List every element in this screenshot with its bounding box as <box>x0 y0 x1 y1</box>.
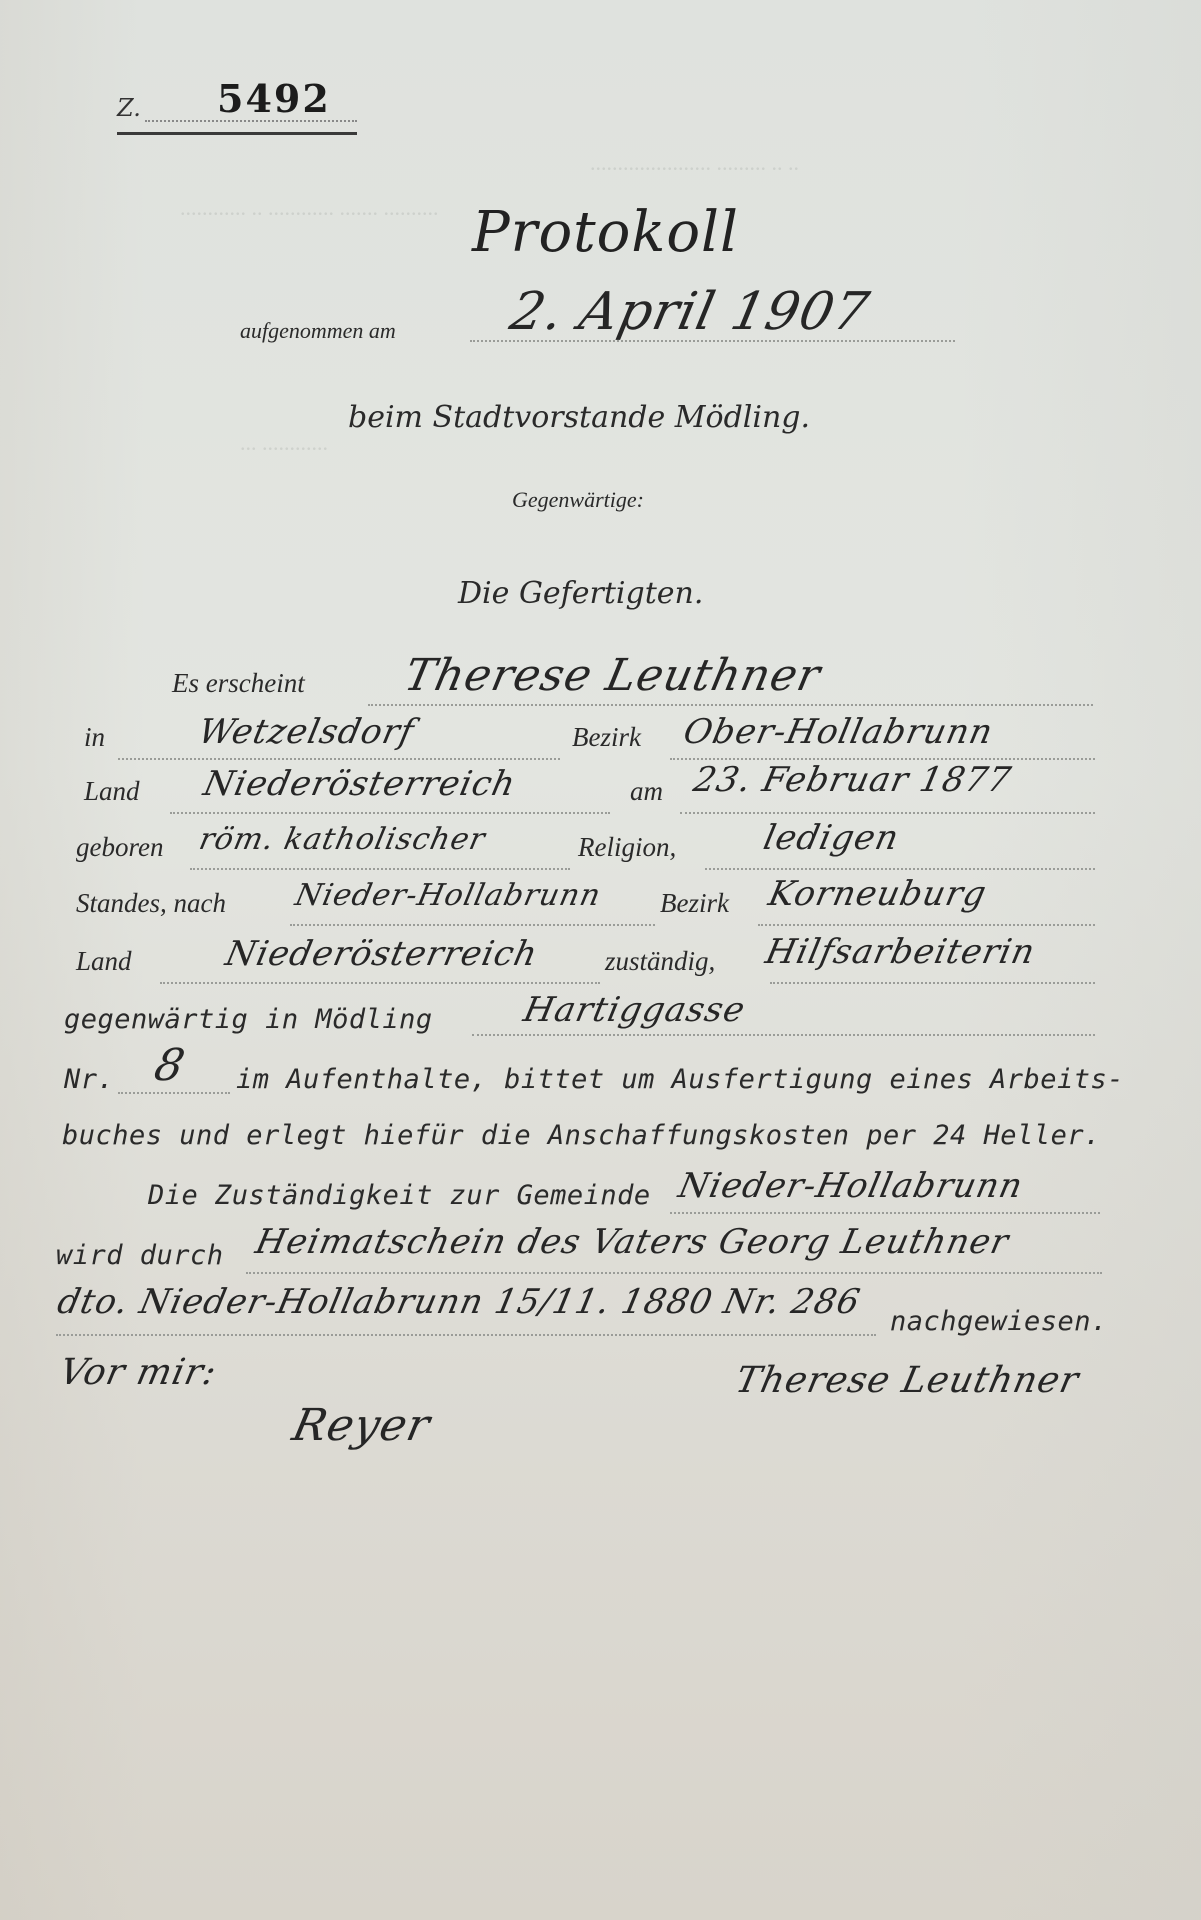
competent-label: zuständig, <box>605 946 715 977</box>
nr-dotted-line <box>118 1092 230 1094</box>
applicant-signature: Therese Leuthner <box>732 1360 1083 1401</box>
proof-value-line-2: dto. Nieder-Hollabrunn 15/11. 1880 Nr. 2… <box>54 1282 864 1322</box>
status-value: ledigen <box>760 818 903 858</box>
born-on-value: 23. Februar 1877 <box>690 760 1015 800</box>
land2-label: Land <box>76 946 132 977</box>
request-text-line-2: buches und erlegt hiefür die Anschaffung… <box>62 1120 1101 1151</box>
bleed-through-line: ...................... ......... .. .. <box>590 150 799 176</box>
appears-value: Therese Leuthner <box>400 650 825 701</box>
official-signature: Reyer <box>288 1400 435 1451</box>
reference-number-field: Z. 5492 <box>117 76 357 128</box>
street-dotted-line <box>472 1034 1095 1036</box>
status-dotted-line <box>705 868 1095 870</box>
municipality-dotted-line <box>670 1212 1100 1214</box>
request-text-line-1: im Aufenthalte, bittet um Ausfertigung e… <box>236 1064 1124 1095</box>
proven-by-label: wird durch <box>56 1240 224 1271</box>
religion-label: Religion, <box>578 832 676 863</box>
status-label: Standes, nach <box>76 888 226 919</box>
land1-value: Niederösterreich <box>200 764 520 804</box>
reference-dotted-line <box>145 120 357 122</box>
reference-underline <box>117 132 357 135</box>
domicile-dotted-line <box>290 924 655 926</box>
in-value: Wetzelsdorf <box>195 712 418 752</box>
proof-value-line-1: Heimatschein des Vaters Georg Leuthner <box>252 1222 1013 1262</box>
religion-dotted-line <box>190 868 570 870</box>
date-value: 2. April 1907 <box>505 282 875 342</box>
district1-value: Ober-Hollabrunn <box>680 712 997 752</box>
appears-dotted-line <box>368 704 1093 706</box>
document-page: ...................... ......... .. .. .… <box>0 0 1201 1920</box>
present-label: Gegenwärtige: <box>512 487 644 513</box>
born-label: geboren <box>76 832 163 863</box>
in-dotted-line <box>118 758 560 760</box>
occupation-value: Hilfsarbeiterin <box>762 932 1039 972</box>
authority-heading: beim Stadtvorstande Mödling. <box>348 400 810 435</box>
district2-dotted-line <box>758 924 1095 926</box>
date-label: aufgenommen am <box>240 318 396 344</box>
proof-dotted-line-2 <box>56 1334 876 1336</box>
born-on-dotted-line <box>680 812 1095 814</box>
domicile-value: Nieder-Hollabrunn <box>292 878 604 913</box>
official-signature-prefix: Vor mir: <box>56 1352 221 1393</box>
proof-dotted-line-1 <box>246 1272 1102 1274</box>
district2-value: Korneuburg <box>765 874 990 914</box>
nr-value: 8 <box>150 1040 190 1091</box>
district2-label: Bezirk <box>660 888 729 919</box>
land1-dotted-line <box>170 812 610 814</box>
proven-label: nachgewiesen. <box>890 1306 1108 1337</box>
district1-label: Bezirk <box>572 722 641 753</box>
reference-number: 5492 <box>217 76 331 121</box>
in-label: in <box>84 722 105 753</box>
reference-prefix: Z. <box>117 94 141 122</box>
bleed-through-line: ............ .. ............ ....... ...… <box>180 195 439 221</box>
current-residence-label: gegenwärtig in Mödling <box>64 1004 433 1035</box>
land2-dotted-line <box>160 982 600 984</box>
occupation-dotted-line <box>770 982 1095 984</box>
competence-label: Die Zuständigkeit zur Gemeinde <box>148 1180 651 1211</box>
municipality-value: Nieder-Hollabrunn <box>675 1166 1027 1206</box>
signatories-label: Die Gefertigten. <box>458 576 703 611</box>
street-value: Hartiggasse <box>520 990 749 1030</box>
appears-label: Es erscheint <box>172 668 305 699</box>
land2-value: Niederösterreich <box>222 934 542 974</box>
document-title: Protokoll <box>472 200 739 265</box>
nr-label: Nr. <box>64 1064 114 1095</box>
land1-label: Land <box>84 776 140 807</box>
religion-value: röm. katholischer <box>196 822 489 857</box>
bleed-through-line: ... ............ <box>240 430 328 456</box>
born-on-label: am <box>630 776 663 807</box>
